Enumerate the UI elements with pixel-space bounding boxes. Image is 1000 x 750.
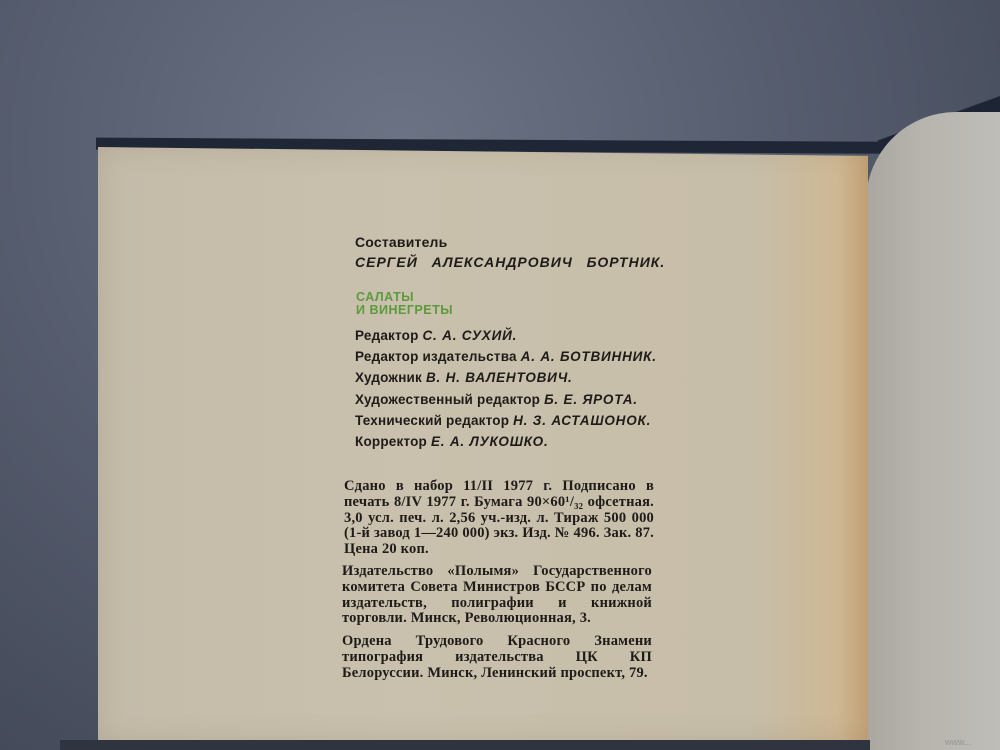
credit-role: Технический редактор	[355, 413, 509, 428]
credit-role: Художник	[355, 370, 422, 385]
credit-line: Технический редактор Н. З. АСТАШОНОК.	[355, 410, 657, 431]
credit-name: Е. А. ЛУКОШКО.	[431, 434, 549, 449]
compiler-name: СЕРГЕЙ АЛЕКСАНДРОВИЧ БОРТНИК.	[355, 254, 665, 270]
printing-info: Сдано в набор 11/II 1977 г. Подписано в …	[344, 479, 654, 558]
credit-line: Художник В. Н. ВАЛЕНТОВИЧ.	[355, 367, 657, 388]
credit-role: Художественный редактор	[355, 392, 540, 407]
credit-role: Редактор	[355, 328, 419, 343]
credit-line: Корректор Е. А. ЛУКОШКО.	[355, 431, 657, 452]
book-title: САЛАТЫ И ВИНЕГРЕТЫ	[356, 291, 453, 317]
book-bottom-edge	[60, 740, 870, 750]
credit-role: Корректор	[355, 434, 427, 449]
credit-name: А. А. БОТВИННИК.	[521, 349, 657, 364]
credit-name: Б. Е. ЯРОТА.	[544, 392, 638, 407]
book-title-line2: И ВИНЕГРЕТЫ	[356, 304, 453, 317]
credit-line: Художественный редактор Б. Е. ЯРОТА.	[355, 389, 657, 410]
credit-name: Н. З. АСТАШОНОК.	[513, 413, 651, 428]
credit-role: Редактор издательства	[355, 349, 517, 364]
credit-line: Редактор С. А. СУХИЙ.	[355, 325, 657, 346]
publisher-info: Издательство «Полымя» Государственного к…	[342, 564, 652, 627]
compiler-label: Составитель	[355, 234, 447, 250]
printer-info: Ордена Трудового Красного Знамени типогр…	[342, 634, 652, 681]
right-page	[866, 112, 1000, 750]
watermark: www...	[945, 737, 972, 747]
credit-name: С. А. СУХИЙ.	[423, 328, 518, 343]
credits-list: Редактор С. А. СУХИЙ. Редактор издательс…	[355, 325, 657, 452]
credit-line: Редактор издательства А. А. БОТВИННИК.	[355, 346, 657, 367]
credit-name: В. Н. ВАЛЕНТОВИЧ.	[426, 370, 573, 385]
